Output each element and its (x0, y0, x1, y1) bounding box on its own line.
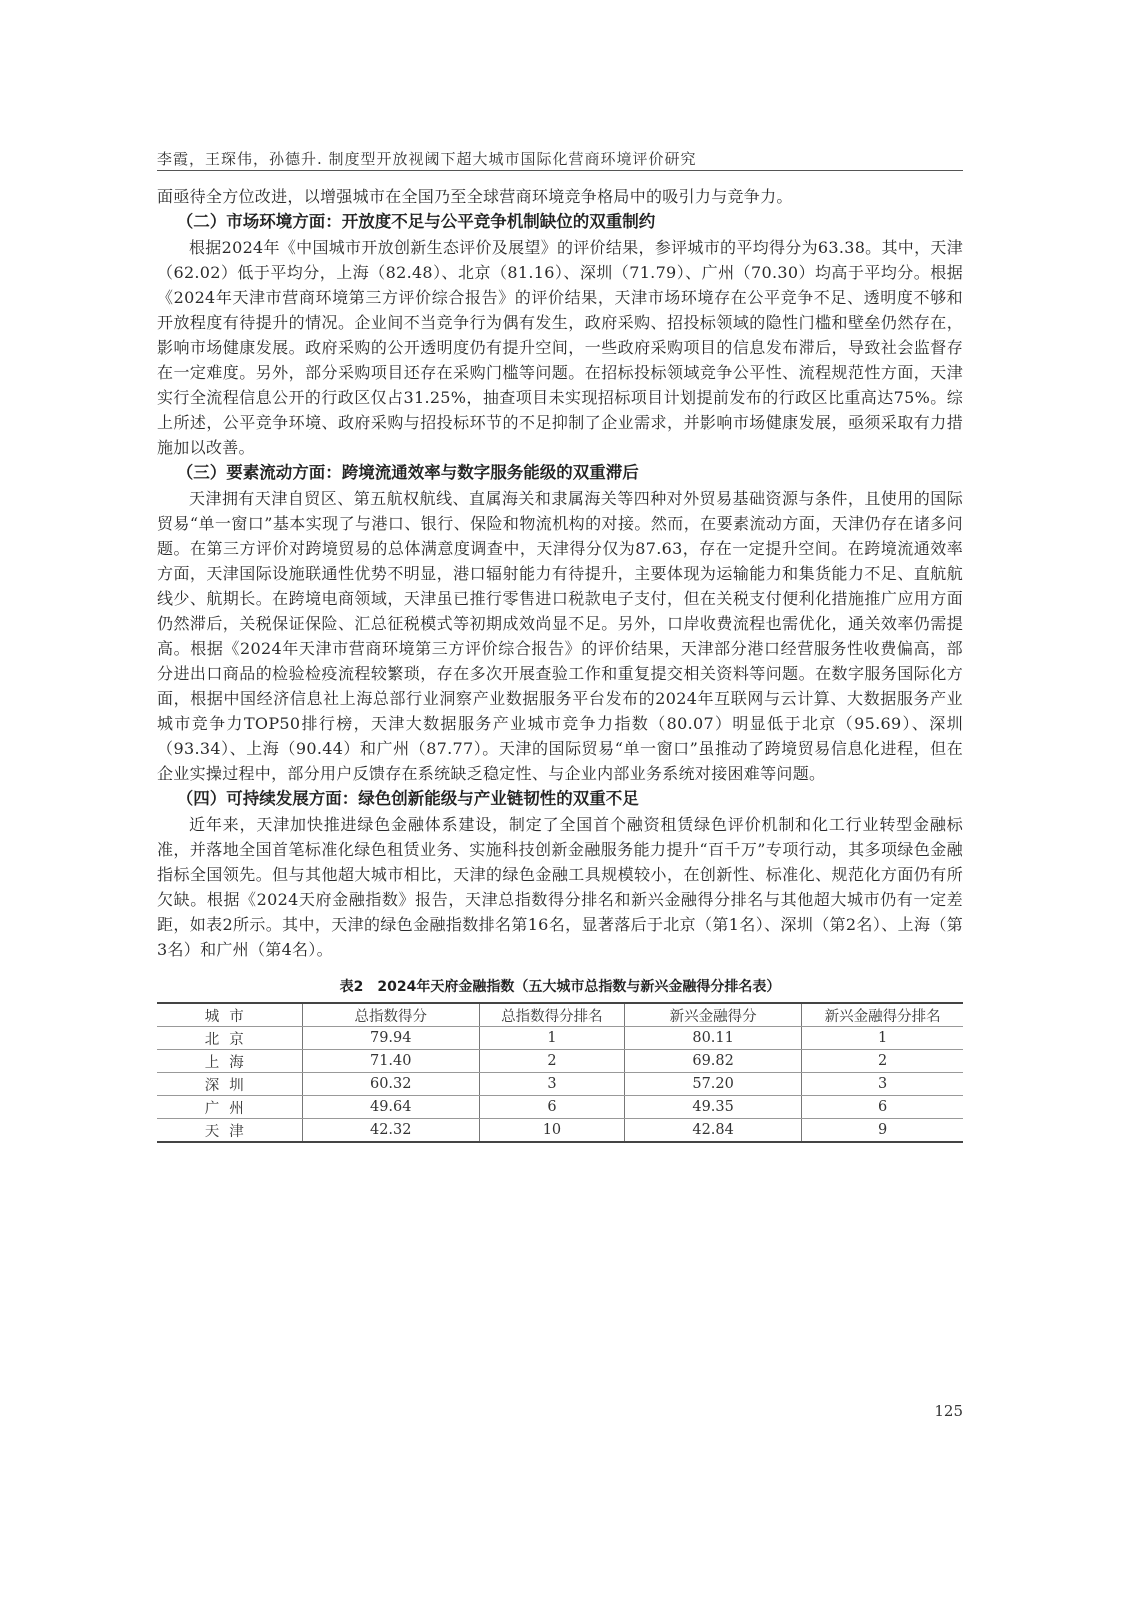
table-row: 广州 49.64 6 49.35 6 (157, 1096, 963, 1119)
cell-emerging-score: 49.35 (624, 1096, 801, 1119)
cell-total-score: 60.32 (302, 1073, 479, 1096)
paragraph-continuation: 面亟待全方位改进，以增强城市在全国乃至全球营商环境竞争格局中的吸引力与竞争力。 (157, 184, 963, 209)
header-city: 城市 (157, 1003, 302, 1027)
cell-total-rank: 6 (479, 1096, 624, 1119)
cell-total-rank: 10 (479, 1119, 624, 1143)
table-row: 天津 42.32 10 42.84 9 (157, 1119, 963, 1143)
cell-city: 上海 (157, 1050, 302, 1073)
header-total-score: 总指数得分 (302, 1003, 479, 1027)
cell-emerging-rank: 3 (802, 1073, 963, 1096)
cell-emerging-score: 69.82 (624, 1050, 801, 1073)
cell-emerging-rank: 6 (802, 1096, 963, 1119)
paragraph-factor-flow: 天津拥有天津自贸区、第五航权航线、直属海关和隶属海关等四种对外贸易基础资源与条件… (157, 486, 963, 786)
header-emerging-score: 新兴金融得分 (624, 1003, 801, 1027)
cell-city: 深圳 (157, 1073, 302, 1096)
table-row: 深圳 60.32 3 57.20 3 (157, 1073, 963, 1096)
cell-total-rank: 2 (479, 1050, 624, 1073)
cell-total-score: 71.40 (302, 1050, 479, 1073)
finance-index-table: 城市 总指数得分 总指数得分排名 新兴金融得分 新兴金融得分排名 北京 79.9… (157, 1002, 963, 1143)
page-number: 125 (934, 1402, 963, 1420)
section-heading-market-environment: （二）市场环境方面：开放度不足与公平竞争机制缺位的双重制约 (157, 209, 963, 235)
table-header-row: 城市 总指数得分 总指数得分排名 新兴金融得分 新兴金融得分排名 (157, 1003, 963, 1027)
cell-city: 广州 (157, 1096, 302, 1119)
section-heading-factor-flow: （三）要素流动方面：跨境流通效率与数字服务能级的双重滞后 (157, 460, 963, 486)
cell-total-score: 42.32 (302, 1119, 479, 1143)
cell-city: 天津 (157, 1119, 302, 1143)
header-total-rank: 总指数得分排名 (479, 1003, 624, 1027)
table-row: 北京 79.94 1 80.11 1 (157, 1027, 963, 1050)
table-row: 上海 71.40 2 69.82 2 (157, 1050, 963, 1073)
paragraph-sustainable-development: 近年来，天津加快推进绿色金融体系建设，制定了全国首个融资租赁绿色评价机制和化工行… (157, 812, 963, 962)
paragraph-market-environment: 根据2024年《中国城市开放创新生态评价及展望》的评价结果，参评城市的平均得分为… (157, 235, 963, 460)
cell-emerging-score: 42.84 (624, 1119, 801, 1143)
cell-emerging-rank: 1 (802, 1027, 963, 1050)
cell-emerging-rank: 2 (802, 1050, 963, 1073)
cell-total-rank: 3 (479, 1073, 624, 1096)
header-emerging-rank: 新兴金融得分排名 (802, 1003, 963, 1027)
table-caption: 表2 2024年天府金融指数（五大城市总指数与新兴金融得分排名表） (157, 976, 963, 996)
cell-total-score: 49.64 (302, 1096, 479, 1119)
cell-total-score: 79.94 (302, 1027, 479, 1050)
cell-emerging-score: 57.20 (624, 1073, 801, 1096)
cell-emerging-score: 80.11 (624, 1027, 801, 1050)
cell-city: 北京 (157, 1027, 302, 1050)
section-heading-sustainable-development: （四）可持续发展方面：绿色创新能级与产业链韧性的双重不足 (157, 786, 963, 812)
cell-total-rank: 1 (479, 1027, 624, 1050)
article-body: 面亟待全方位改进，以增强城市在全国乃至全球营商环境竞争格局中的吸引力与竞争力。 … (157, 184, 963, 1143)
running-head: 李霞，王琛伟，孙德升. 制度型开放视阈下超大城市国际化营商环境评价研究 (157, 148, 963, 171)
cell-emerging-rank: 9 (802, 1119, 963, 1143)
